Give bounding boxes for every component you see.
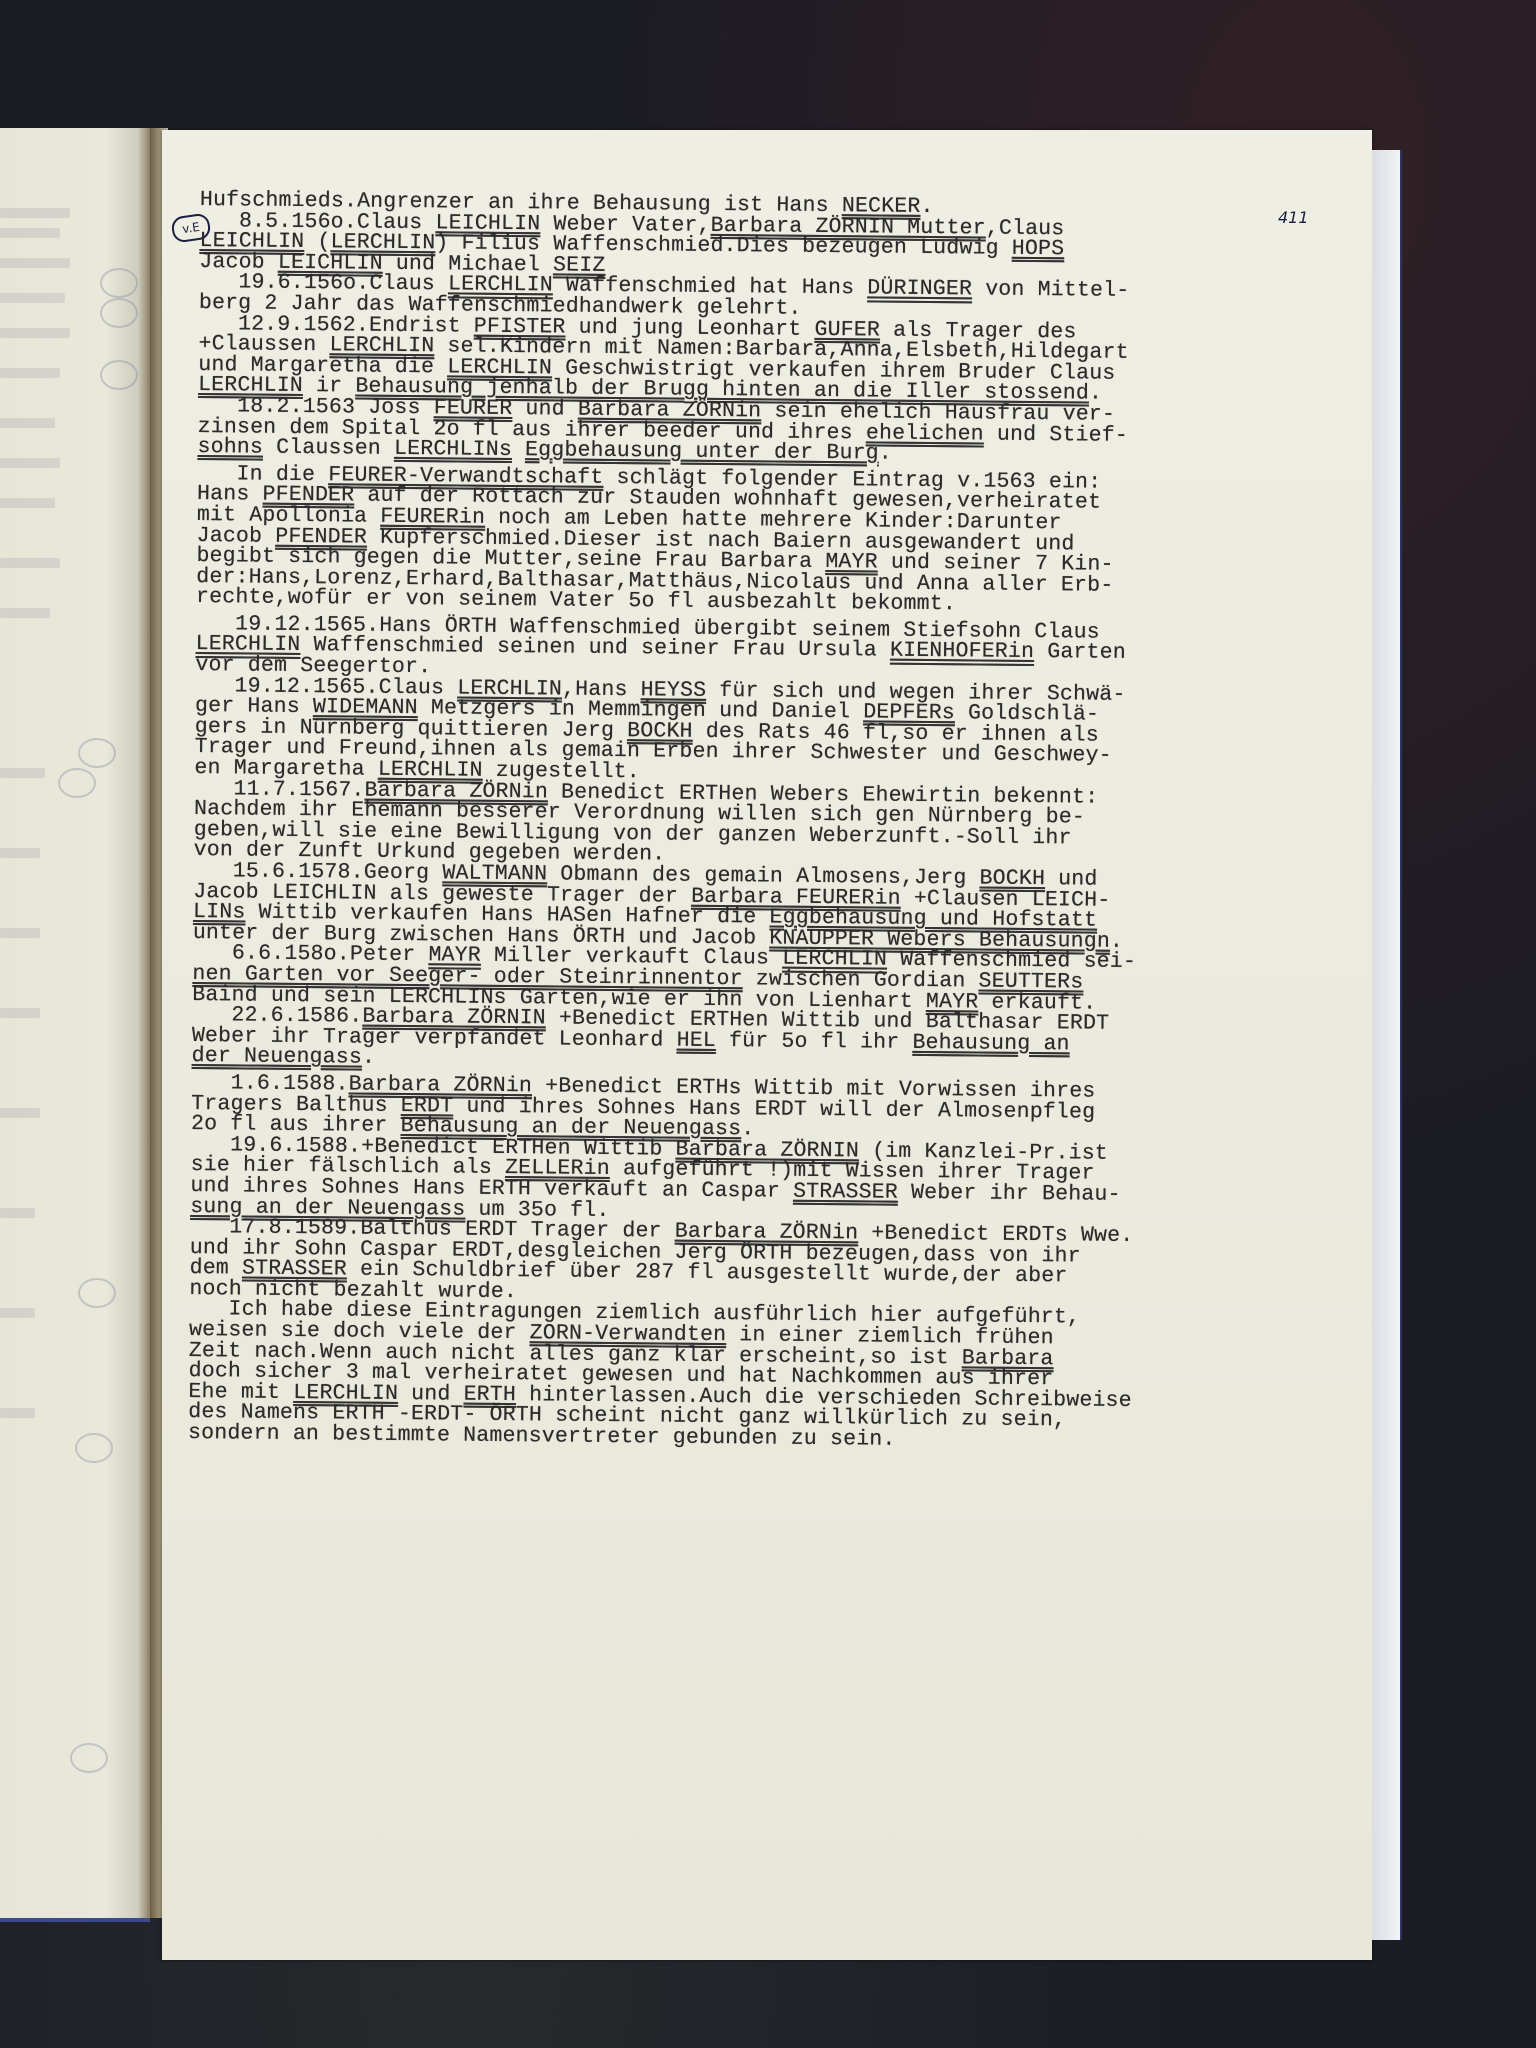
bleed-through-text <box>0 293 65 303</box>
underlined-name: sohns <box>197 435 263 460</box>
margin-circle-mark <box>58 768 96 798</box>
bleed-through-text <box>0 228 60 238</box>
underlined-name: der Neuengass <box>192 1044 363 1070</box>
bleed-through-text <box>0 848 40 858</box>
bleed-through-text <box>0 458 60 468</box>
underlined-name: Eggbehausung unter der Burg <box>525 438 879 465</box>
bleed-through-text <box>0 608 50 618</box>
underlined-name: KIENHOFERin <box>890 639 1034 664</box>
bleed-through-text <box>0 928 40 938</box>
margin-circle-mark <box>78 738 116 768</box>
bleed-through-text <box>0 368 60 378</box>
margin-circle-mark <box>100 268 138 298</box>
bleed-through-text <box>0 328 70 338</box>
margin-circle-mark <box>70 1743 108 1773</box>
margin-circle-mark <box>100 360 138 390</box>
underlined-name: Behausung an <box>912 1031 1069 1057</box>
underlined-name: DÜRINGER <box>867 277 972 302</box>
underlined-name: LERCHLINs <box>394 437 512 462</box>
bleed-through-text <box>0 1308 35 1318</box>
bleed-through-text <box>0 418 55 428</box>
bleed-through-text <box>0 1008 40 1018</box>
bleed-through-text <box>0 1208 35 1218</box>
underlined-name: STRASSER <box>793 1180 898 1205</box>
bleed-through-text <box>0 258 70 268</box>
margin-circle-mark <box>75 1433 113 1463</box>
margin-circle-mark <box>78 1278 116 1308</box>
left-page <box>0 128 150 1922</box>
bleed-through-text <box>0 498 55 508</box>
bleed-through-text <box>0 558 60 568</box>
bleed-through-text <box>0 1408 35 1418</box>
margin-circle-mark <box>100 298 138 328</box>
underlined-name: HEL <box>677 1028 717 1052</box>
bleed-through-text <box>0 1108 40 1118</box>
typewritten-text: Hufschmieds.Angrenzer an ihre Behausung … <box>188 190 1370 1455</box>
page-edge <box>1372 150 1402 1940</box>
bleed-through-text <box>0 768 45 778</box>
bleed-through-text <box>0 208 70 218</box>
underlined-name: HOPS <box>1012 237 1065 262</box>
